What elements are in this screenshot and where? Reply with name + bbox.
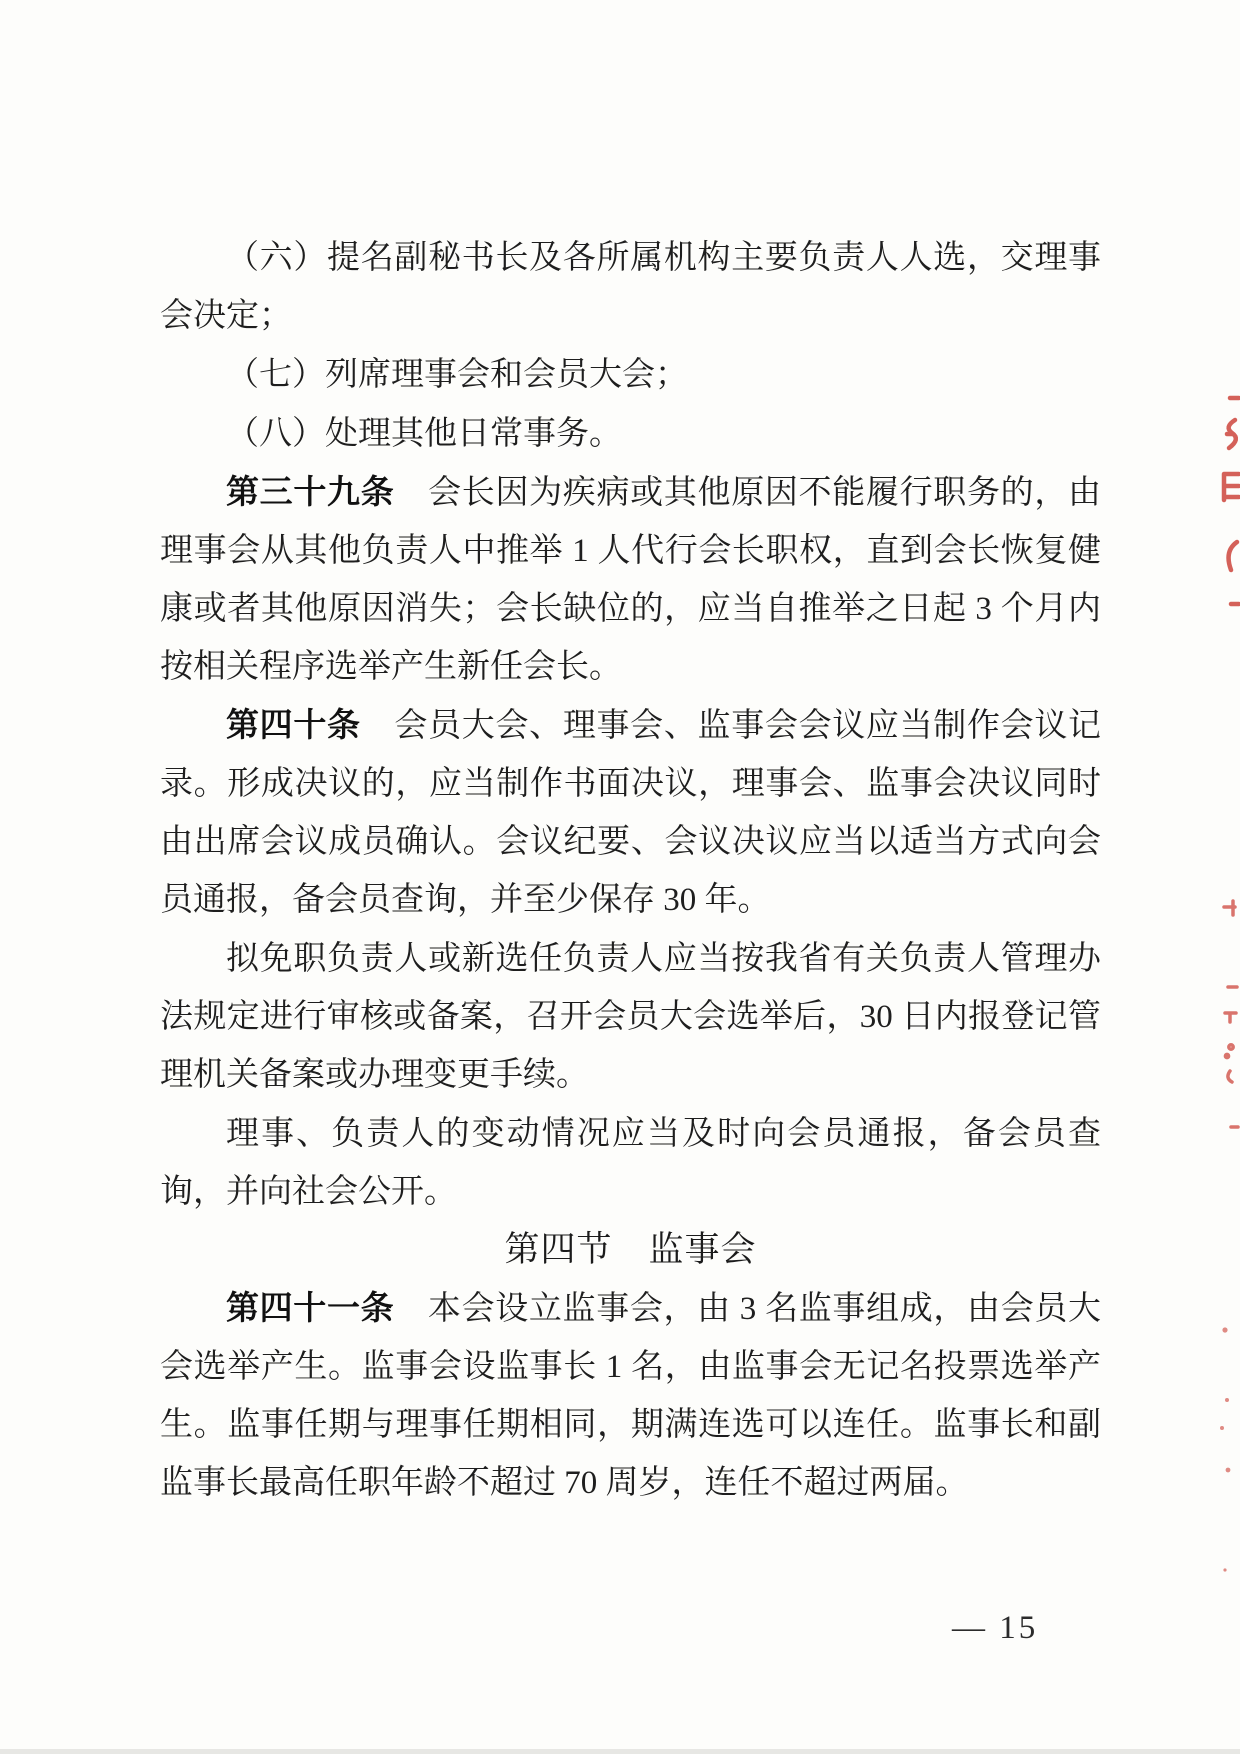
red-stamp-fragment [1200, 390, 1240, 620]
paragraph-text: 理事、负责人的变动情况应当及时向会员通报，备会员查询，并向社会公开。 [160, 1116, 1101, 1210]
article-40-paragraph: 第四十条 会员大会、理事会、监事会会议应当制作会议记录。形成决议的，应当制作书面… [160, 696, 1101, 929]
paragraph: 理事、负责人的变动情况应当及时向会员通报，备会员查询，并向社会公开。 [160, 1104, 1101, 1221]
article-number: 第三十九条 [226, 473, 394, 510]
scan-edge [0, 1749, 1240, 1754]
red-stamp-fragment [1212, 895, 1240, 1135]
list-item-eight: （八）处理其他日常事务。 [160, 404, 1101, 463]
list-item-seven: （七）列席理事会和会员大会； [160, 345, 1101, 404]
page-content: （六）提名副秘书长及各所属机构主要负责人人选，交理事会决定； （七）列席理事会和… [160, 228, 1101, 1512]
section-heading: 第四节 监事会 [160, 1221, 1101, 1279]
list-item-six: （六）提名副秘书长及各所属机构主要负责人人选，交理事会决定； [160, 228, 1101, 345]
document-page: （六）提名副秘书长及各所属机构主要负责人人选，交理事会决定； （七）列席理事会和… [0, 0, 1240, 1754]
paragraph-text: （六）提名副秘书长及各所属机构主要负责人人选，交理事会决定； [160, 240, 1101, 334]
article-number: 第四十一条 [226, 1289, 394, 1326]
paragraph: 拟免职负责人或新选任负责人应当按我省有关负责人管理办法规定进行审核或备案，召开会… [160, 929, 1101, 1104]
paragraph-text: 拟免职负责人或新选任负责人应当按我省有关负责人管理办法规定进行审核或备案，召开会… [160, 941, 1101, 1093]
article-39-paragraph: 第三十九条 会长因为疾病或其他原因不能履行职务的，由理事会从其他负责人中推举 1… [160, 463, 1101, 696]
paragraph-text: （八）处理其他日常事务。 [226, 416, 622, 452]
paragraph-text: （七）列席理事会和会员大会； [226, 357, 688, 393]
article-number: 第四十条 [226, 706, 361, 743]
page-number: — 15 [952, 1608, 1038, 1648]
red-stamp-fragment [1216, 1320, 1238, 1590]
article-41-paragraph: 第四十一条 本会设立监事会，由 3 名监事组成，由会员大会选举产生。监事会设监事… [160, 1279, 1101, 1512]
